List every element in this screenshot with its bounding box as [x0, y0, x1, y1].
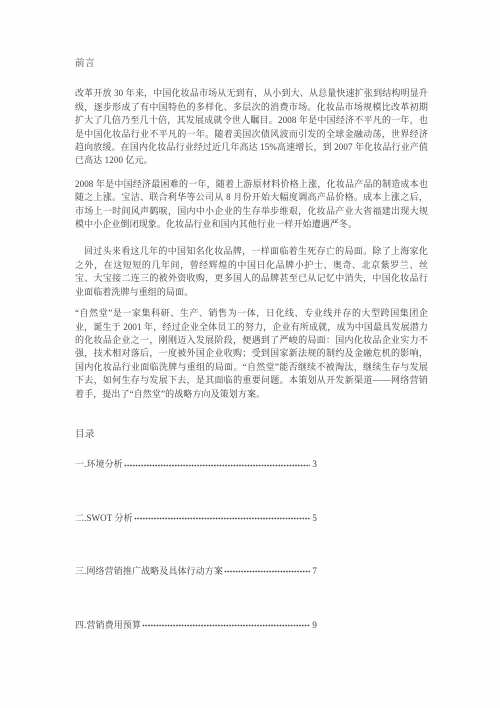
toc-item-label: 三.网络营销推广战略及具体行动方案: [75, 565, 223, 578]
toc-item-label: 四.营销费用预算: [75, 619, 141, 632]
toc-dotted-leader: [224, 567, 310, 576]
toc-item-environment-analysis: 一.环境分析 3: [75, 458, 317, 471]
preface-paragraph-4: “自然堂”是一家集科研、生产、销售为一体，日化线、专业线并存的大型跨国集团企业，…: [75, 307, 428, 401]
toc-item-marketing-budget: 四.营销费用预算 9: [75, 619, 317, 632]
toc-page-number: 3: [312, 458, 317, 471]
toc-page-number: 7: [312, 565, 317, 578]
toc-heading: 目录: [75, 429, 428, 442]
document-page: 前言 改革开放 30 年来，中国化妆品市场从无到有，从小到大、从总量快速扩张到结…: [0, 0, 500, 708]
toc-item-marketing-strategy: 三.网络营销推广战略及具体行动方案 7: [75, 565, 317, 578]
preface-paragraph-1: 改革开放 30 年来，中国化妆品市场从无到有，从小到大、从总量快速扩张到结构明显…: [75, 87, 428, 167]
toc-item-label: 一.环境分析: [75, 458, 123, 471]
toc-dotted-leader: [134, 514, 311, 523]
preface-paragraph-2: 2008 年是中国经济最困难的一年，随着上游原材料价格上涨，化妆品产品的制造成本…: [75, 178, 428, 232]
toc-item-swot-analysis: 二.SWOT 分析 5: [75, 512, 317, 525]
preface-heading: 前言: [75, 58, 428, 71]
toc-dotted-leader: [142, 621, 310, 630]
preface-paragraph-3: 回过头来看这几年的中国知名化妆品牌，一样面临着生死存亡的局面。除了上海家化之外，…: [75, 245, 428, 299]
toc-item-label: 二.SWOT 分析: [75, 512, 133, 525]
toc-page-number: 9: [312, 619, 317, 632]
toc-page-number: 5: [312, 512, 317, 525]
toc-dotted-leader: [124, 461, 311, 470]
